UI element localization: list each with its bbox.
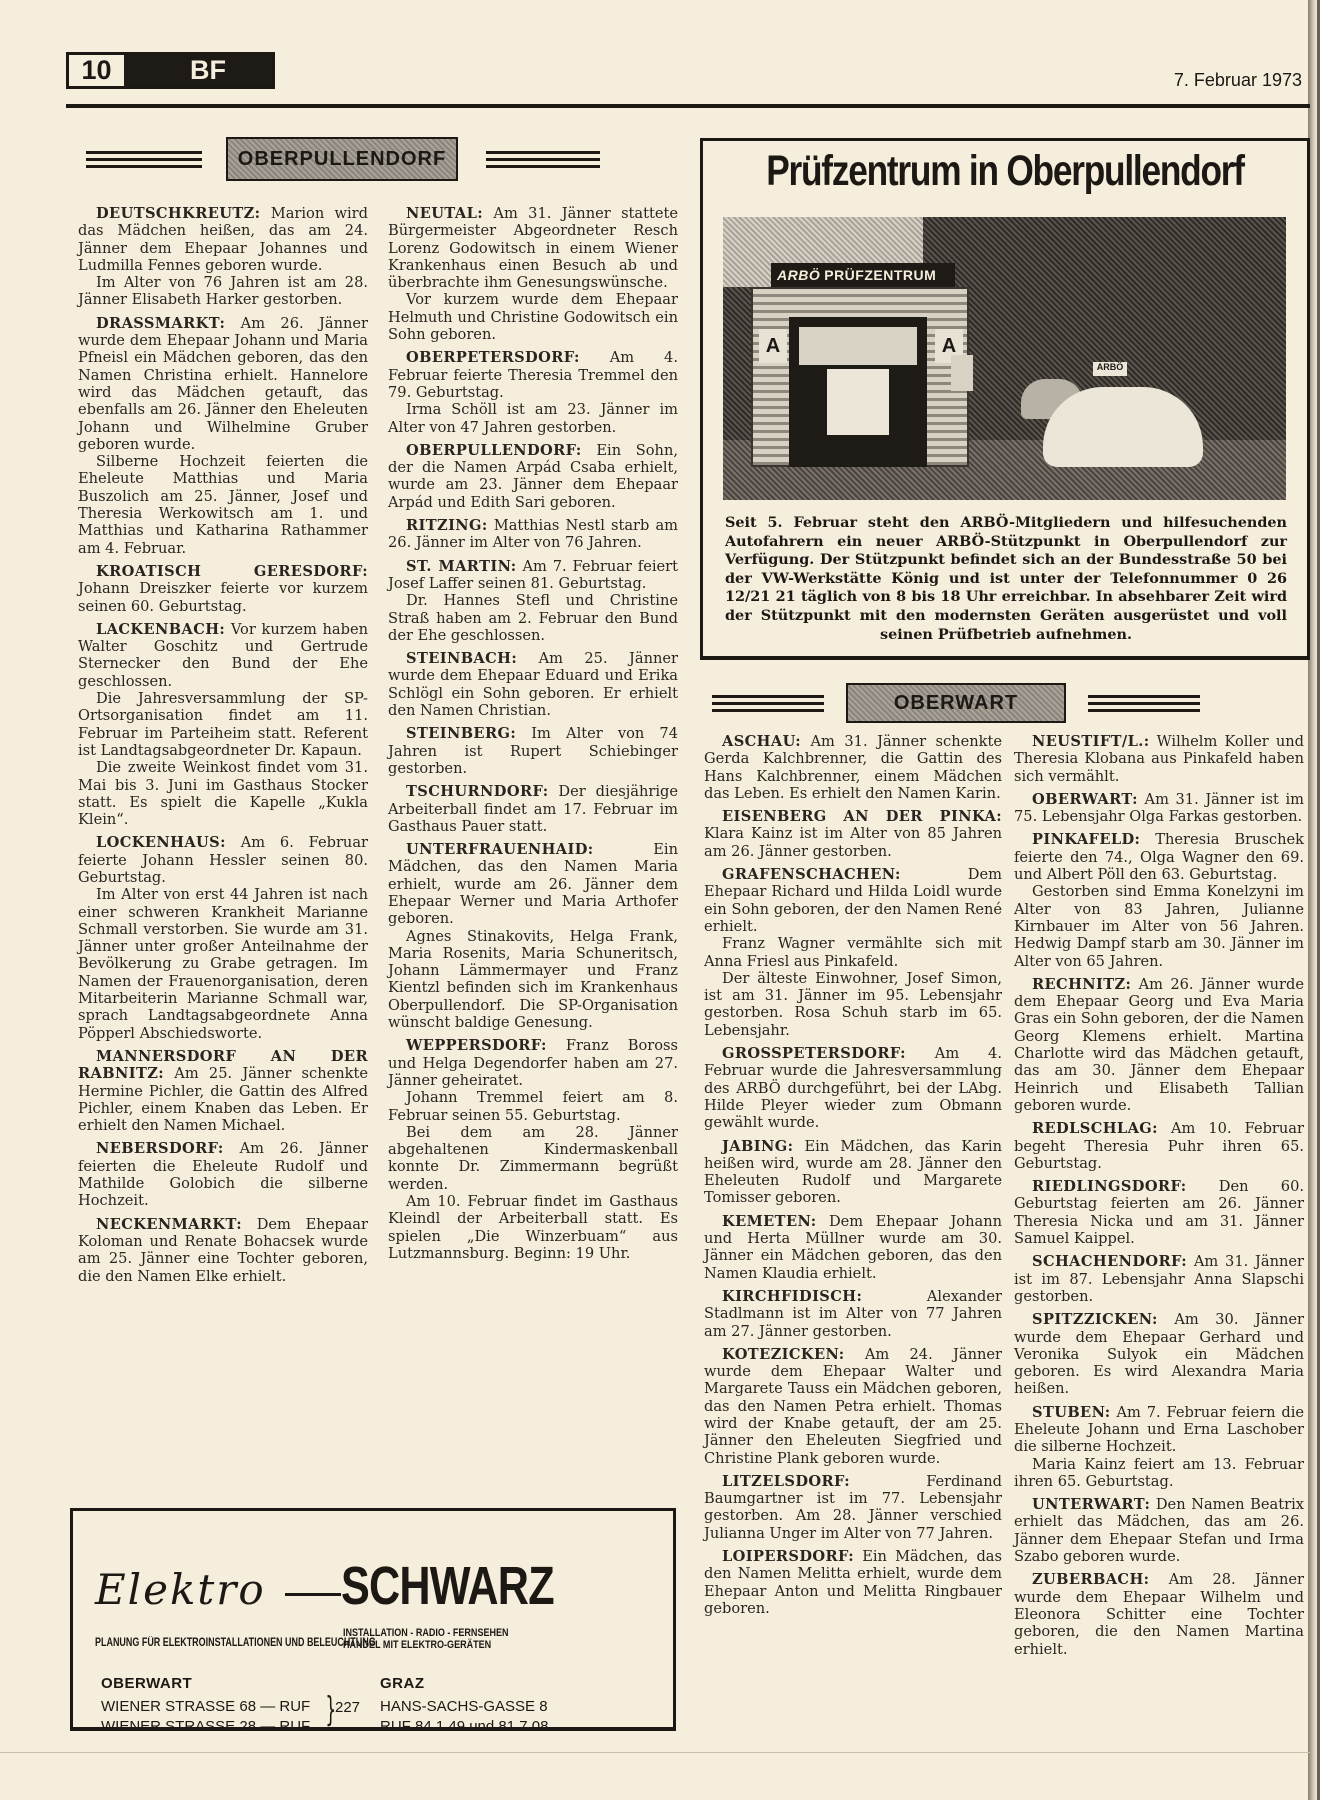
news-item: KIRCHFIDISCH: Alexander Stadlmann ist im…: [704, 1288, 1002, 1340]
news-item: ST. MARTIN: Am 7. Februar feiert Josef L…: [388, 558, 678, 593]
banner-title: OBERPULLENDORF: [226, 137, 458, 181]
place-name: KEMETEN:: [722, 1213, 816, 1230]
page-masthead: 10 BF: [66, 52, 275, 89]
news-item: REDLSCHLAG: Am 10. Februar begeht Theres…: [1014, 1120, 1304, 1172]
news-item: STUBEN: Am 7. Februar feiern die Eheleut…: [1014, 1404, 1304, 1456]
news-item: KOTEZICKEN: Am 24. Jänner wurde dem Ehep…: [704, 1346, 1002, 1467]
news-item: LOCKENHAUS: Am 6. Februar feierte Johann…: [78, 834, 368, 886]
place-name: NEUSTIFT/L.:: [1032, 733, 1150, 750]
place-name: NECKENMARKT:: [96, 1216, 242, 1233]
news-item-continued: Am 10. Februar findet im Gasthaus Kleind…: [388, 1193, 678, 1262]
item-text: Johann Tremmel feiert am 8. Februar sein…: [388, 1089, 678, 1123]
ad-address-graz: HANS-SACHS-GASSE 8 RUF 84 1 49 und 81 7 …: [380, 1697, 548, 1737]
ad-phone-oberwart: 227: [335, 1699, 360, 1716]
place-name: KIRCHFIDISCH:: [722, 1288, 862, 1305]
place-name: OBERWART:: [1032, 791, 1138, 808]
item-text: Der älteste Einwohner, Josef Simon, ist …: [704, 970, 1002, 1039]
place-name: UNTERFRAUENHAID:: [406, 841, 594, 858]
place-name: RECHNITZ:: [1032, 976, 1131, 993]
news-item: NEUTAL: Am 31. Jänner stattete Bürgermei…: [388, 205, 678, 291]
place-name: STEINBERG:: [406, 725, 516, 742]
feature-article-pruefzentrum: Prüfzentrum in Oberpullendorf ARBÖPRÜFZE…: [700, 138, 1310, 660]
feature-headline: Prüfzentrum in Oberpullendorf: [757, 147, 1252, 196]
place-name: TSCHURNDORF:: [406, 783, 549, 800]
news-item-continued: Dr. Hannes Stefl und Christine Straß hab…: [388, 592, 678, 644]
ad-address-oberwart: WIENER STRASSE 68 — RUF WIENER STRASSE 2…: [101, 1697, 310, 1737]
place-name: ZUBERBACH:: [1032, 1571, 1149, 1588]
header-rule: [66, 104, 1310, 108]
news-item: NEBERSDORF: Am 26. Jänner feierten die E…: [78, 1140, 368, 1209]
news-item: SCHACHENDORF: Am 31. Jänner ist im 87. L…: [1014, 1253, 1304, 1305]
page-number: 10: [69, 55, 124, 86]
place-name: PINKAFELD:: [1032, 831, 1140, 848]
ad-brand: SCHWARZ: [341, 1555, 554, 1617]
item-text: Agnes Stinakovits, Helga Frank, Maria Ro…: [388, 928, 678, 1031]
item-text: Am 24. Jänner wurde dem Ehepaar Walter u…: [704, 1346, 1002, 1467]
section-banner-oberwart: OBERWART: [712, 683, 1200, 723]
place-name: GRAFENSCHACHEN:: [722, 866, 901, 883]
place-name: UNTERWART:: [1032, 1496, 1150, 1513]
news-item: DEUTSCHKREUTZ: Marion wird das Mädchen h…: [78, 205, 368, 274]
item-text: Die zweite Weinkost findet vom 31. Mai b…: [78, 759, 368, 828]
place-name: ST. MARTIN:: [406, 558, 517, 575]
section-banner-oberpullendorf: OBERPULLENDORF: [86, 137, 600, 181]
item-text: Im Alter von erst 44 Jahren ist nach ein…: [78, 886, 368, 1041]
item-text: Klara Kainz ist im Alter von 85 Jahren a…: [704, 825, 1002, 859]
place-name: STUBEN:: [1032, 1404, 1111, 1421]
place-name: EISENBERG AN DER PINKA:: [722, 808, 1002, 825]
place-name: DEUTSCHKREUTZ:: [96, 205, 260, 222]
item-text: Gestorben sind Emma Konelzyni im Alter v…: [1014, 883, 1304, 969]
feature-caption: Seit 5. Februar steht den ARBÖ-Mitgliede…: [725, 514, 1287, 644]
booth-sign: ARBÖPRÜFZENTRUM: [771, 263, 955, 287]
place-name: WEPPERSDORF:: [406, 1037, 547, 1054]
news-item-continued: Franz Wagner vermählte sich mit Anna Fri…: [704, 935, 1002, 970]
news-item: UNTERWART: Den Namen Beatrix erhielt das…: [1014, 1496, 1304, 1565]
banner-lines-left: [712, 695, 824, 712]
ad-tagline-planning: PLANUNG FÜR ELEKTROINSTALLATIONEN UND BE…: [95, 1637, 376, 1649]
news-item: RIEDLINGSDORF: Den 60. Geburtstag feiert…: [1014, 1178, 1304, 1247]
item-text: Die Jahresversammlung der SP-Ortsorganis…: [78, 690, 368, 759]
item-text: Irma Schöll ist am 23. Jänner im Alter v…: [388, 401, 678, 435]
news-item: GROSSPETERSDORF: Am 4. Februar wurde die…: [704, 1045, 1002, 1131]
item-text: Vor kurzem wurde dem Ehepaar Helmuth und…: [388, 291, 678, 343]
news-item-continued: Im Alter von erst 44 Jahren ist nach ein…: [78, 886, 368, 1042]
news-item: MANNERSDORF AN DER RABNITZ: Am 25. Jänne…: [78, 1048, 368, 1134]
place-name: DRASSMARKT:: [96, 315, 225, 332]
news-item-continued: Silberne Hochzeit feierten die Eheleute …: [78, 453, 368, 557]
news-item-continued: Agnes Stinakovits, Helga Frank, Maria Ro…: [388, 928, 678, 1032]
news-item: ASCHAU: Am 31. Jänner schenkte Gerda Kal…: [704, 733, 1002, 802]
place-name: LACKENBACH:: [96, 621, 225, 638]
news-item: PINKAFELD: Theresia Bruschek feierte den…: [1014, 831, 1304, 883]
banner-lines-right: [1088, 695, 1200, 712]
place-name: SPITZZICKEN:: [1032, 1311, 1158, 1328]
news-item: OBERPULLENDORF: Ein Sohn, der die Namen …: [388, 442, 678, 511]
news-item: STEINBERG: Im Alter von 74 Jahren ist Ru…: [388, 725, 678, 777]
place-name: REDLSCHLAG:: [1032, 1120, 1158, 1137]
item-text: Silberne Hochzeit feierten die Eheleute …: [78, 453, 368, 556]
item-text: Bei dem am 28. Jänner abgehaltenen Kinde…: [388, 1124, 678, 1193]
news-item: TSCHURNDORF: Der diesjährige Arbeiterbal…: [388, 783, 678, 835]
banner-lines-right: [486, 151, 600, 168]
oberpullendorf-column-2: NEUTAL: Am 31. Jänner stattete Bürgermei…: [388, 205, 678, 1262]
place-name: LOIPERSDORF:: [722, 1548, 854, 1565]
news-item: LOIPERSDORF: Ein Mädchen, das den Namen …: [704, 1548, 1002, 1617]
ad-tagline-services: INSTALLATION - RADIO - FERNSEHEN HANDEL …: [343, 1627, 509, 1651]
place-name: SCHACHENDORF:: [1032, 1253, 1187, 1270]
news-item: GRAFENSCHACHEN: Dem Ehepaar Richard und …: [704, 866, 1002, 935]
place-name: LITZELSDORF:: [722, 1473, 850, 1490]
news-item-continued: Irma Schöll ist am 23. Jänner im Alter v…: [388, 401, 678, 436]
ad-city-graz: GRAZ: [380, 1675, 425, 1692]
news-item-continued: Maria Kainz feiert am 13. Februar ihren …: [1014, 1456, 1304, 1491]
place-name: JABING:: [722, 1138, 793, 1155]
car-roof-sign: ARBÖ: [1093, 362, 1127, 376]
item-text: Am 10. Februar findet im Gasthaus Kleind…: [388, 1193, 678, 1262]
vw-beetle: [1043, 387, 1203, 467]
news-item: RITZING: Matthias Nestl starb am 26. Jän…: [388, 517, 678, 552]
place-name: ASCHAU:: [722, 733, 801, 750]
news-item: RECHNITZ: Am 26. Jänner wurde dem Ehepaa…: [1014, 976, 1304, 1114]
news-item: NECKENMARKT: Dem Ehepaar Koloman und Ren…: [78, 1216, 368, 1285]
news-item: KEMETEN: Dem Ehepaar Johann und Herta Mü…: [704, 1213, 1002, 1282]
place-name: OBERPETERSDORF:: [406, 349, 580, 366]
place-name: OBERPULLENDORF:: [406, 442, 582, 459]
news-item: KROATISCH GERESDORF: Johann Dreiszker fe…: [78, 563, 368, 615]
news-item-continued: Die Jahresversammlung der SP-Ortsorganis…: [78, 690, 368, 759]
item-text: Am 26. Jänner wurde dem Ehepaar Johann u…: [78, 315, 368, 453]
item-text: Im Alter von 76 Jahren ist am 28. Jänner…: [78, 274, 368, 308]
oberwart-column-1: ASCHAU: Am 31. Jänner schenkte Gerda Kal…: [704, 733, 1002, 1617]
advertisement-elektro-schwarz: Elektro SCHWARZ PLANUNG FÜR ELEKTROINSTA…: [70, 1508, 676, 1731]
place-name: RIEDLINGSDORF:: [1032, 1178, 1187, 1195]
place-name: GROSSPETERSDORF:: [722, 1045, 906, 1062]
news-item-continued: Der älteste Einwohner, Josef Simon, ist …: [704, 970, 1002, 1039]
news-item-continued: Die zweite Weinkost findet vom 31. Mai b…: [78, 759, 368, 828]
banner-lines-left: [86, 151, 202, 168]
item-text: Johann Dreiszker feierte vor kurzem sein…: [78, 580, 368, 614]
news-item: LACKENBACH: Vor kurzem haben Walter Gosc…: [78, 621, 368, 690]
news-item-continued: Bei dem am 28. Jänner abgehaltenen Kinde…: [388, 1124, 678, 1193]
section-code: BF: [124, 55, 272, 86]
bottom-rule: [0, 1752, 1310, 1753]
oberpullendorf-column-1: DEUTSCHKREUTZ: Marion wird das Mädchen h…: [78, 205, 368, 1285]
place-name: KROATISCH GERESDORF:: [96, 563, 368, 580]
news-item: STEINBACH: Am 25. Jänner wurde dem Ehepa…: [388, 650, 678, 719]
place-name: NEBERSDORF:: [96, 1140, 224, 1157]
news-item: WEPPERSDORF: Franz Boross und Helga Dege…: [388, 1037, 678, 1089]
place-name: RITZING:: [406, 517, 488, 534]
booth-letter-left: A: [759, 329, 787, 363]
newspaper-page: 10 BF 7. Februar 1973 OBERPULLENDORF DEU…: [0, 0, 1328, 1800]
issue-date: 7. Februar 1973: [1174, 70, 1302, 91]
place-name: NEUTAL:: [406, 205, 483, 222]
news-item: UNTERFRAUENHAID: Ein Mädchen, das den Na…: [388, 841, 678, 927]
item-text: Dr. Hannes Stefl und Christine Straß hab…: [388, 592, 678, 644]
ad-script-word: Elektro: [95, 1565, 266, 1614]
news-item: LITZELSDORF: Ferdinand Baumgartner ist i…: [704, 1473, 1002, 1542]
news-item-continued: Gestorben sind Emma Konelzyni im Alter v…: [1014, 883, 1304, 969]
news-item: DRASSMARKT: Am 26. Jänner wurde dem Ehep…: [78, 315, 368, 453]
place-name: STEINBACH:: [406, 650, 517, 667]
news-item: NEUSTIFT/L.: Wilhelm Koller und Theresia…: [1014, 733, 1304, 785]
news-item: ZUBERBACH: Am 28. Jänner wurde dem Ehepa…: [1014, 1571, 1304, 1657]
news-item-continued: Im Alter von 76 Jahren ist am 28. Jänner…: [78, 274, 368, 309]
news-item: EISENBERG AN DER PINKA: Klara Kainz ist …: [704, 808, 1002, 860]
ad-city-oberwart: OBERWART: [101, 1675, 192, 1692]
news-item: JABING: Ein Mädchen, das Karin heißen wi…: [704, 1138, 1002, 1207]
news-item: SPITZZICKEN: Am 30. Jänner wurde dem Ehe…: [1014, 1311, 1304, 1397]
news-item: OBERPETERSDORF: Am 4. Februar feierte Th…: [388, 349, 678, 401]
item-text: Am 26. Jänner wurde dem Ehepaar Georg un…: [1014, 976, 1304, 1114]
news-item: OBERWART: Am 31. Jänner ist im 75. Leben…: [1014, 791, 1304, 826]
feature-photo: ARBÖPRÜFZENTRUM A A ARBÖ: [723, 217, 1286, 500]
news-item-continued: Vor kurzem wurde dem Ehepaar Helmuth und…: [388, 291, 678, 343]
item-text: Franz Wagner vermählte sich mit Anna Fri…: [704, 935, 1002, 969]
page-edge-line: [1317, 0, 1320, 1800]
banner-title: OBERWART: [846, 683, 1066, 723]
place-name: LOCKENHAUS:: [96, 834, 226, 851]
place-name: KOTEZICKEN:: [722, 1346, 845, 1363]
news-item-continued: Johann Tremmel feiert am 8. Februar sein…: [388, 1089, 678, 1124]
oberwart-column-2: NEUSTIFT/L.: Wilhelm Koller und Theresia…: [1014, 733, 1304, 1658]
item-text: Maria Kainz feiert am 13. Februar ihren …: [1014, 1456, 1304, 1490]
